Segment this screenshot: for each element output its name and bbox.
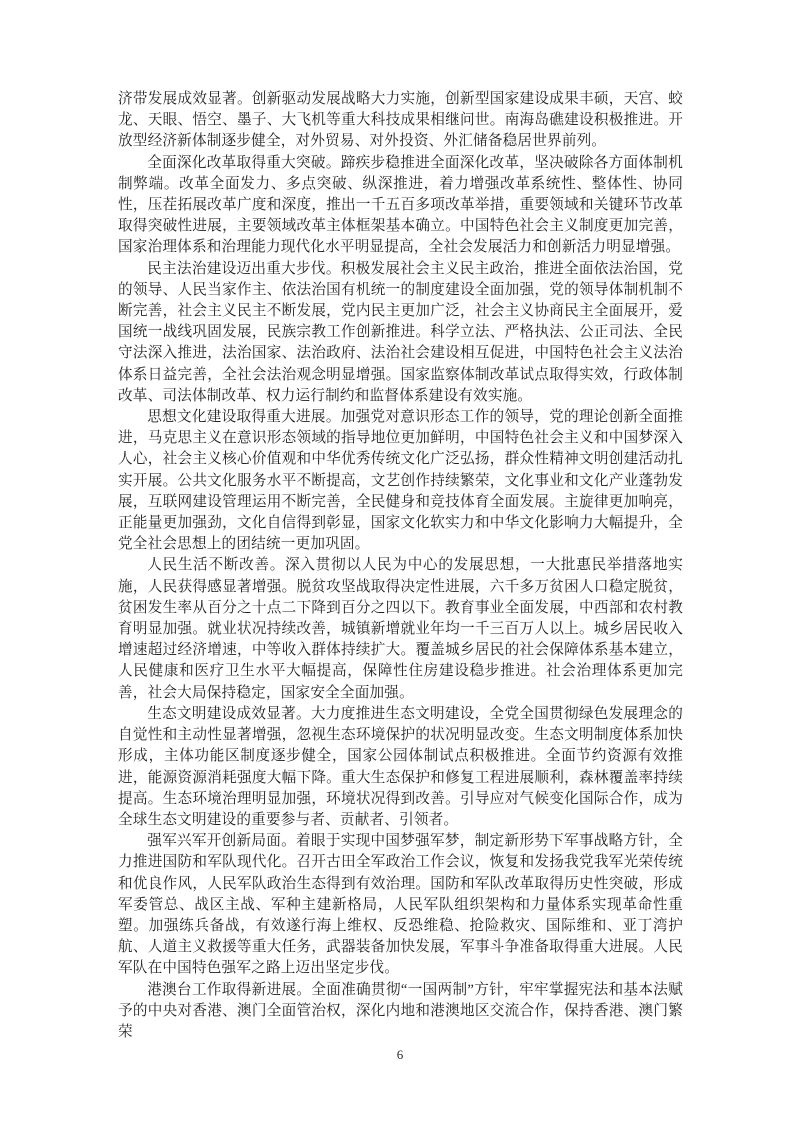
paragraph-military: 强军兴军开创新局面。着眼于实现中国梦强军梦，制定新形势下军事战略方针，全力推进国…: [118, 831, 683, 979]
paragraph-reform: 全面深化改革取得重大突破。蹄疾步稳推进全面深化改革，坚决破除各方面体制机制弊端。…: [118, 153, 683, 259]
paragraph-continuation: 济带发展成效显著。创新驱动发展战略大力实施，创新型国家建设成果丰硕，天宫、蛟龙、…: [118, 89, 683, 153]
paragraph-democracy-law: 民主法治建设迈出重大步伐。积极发展社会主义民主政治，推进全面依法治国，党的领导、…: [118, 259, 683, 407]
paragraph-culture: 思想文化建设取得重大进展。加强党对意识形态工作的领导，党的理论创新全面推进，马克…: [118, 407, 683, 555]
document-page: 济带发展成效显著。创新驱动发展战略大力实施，创新型国家建设成果丰硕，天宫、蛟龙、…: [0, 0, 800, 1133]
paragraph-hk-macao-taiwan: 港澳台工作取得新进展。全面准确贯彻“一国两制”方针，牢牢掌握宪法和基本法赋予的中…: [118, 980, 683, 1044]
document-body: 济带发展成效显著。创新驱动发展战略大力实施，创新型国家建设成果丰硕，天宫、蛟龙、…: [118, 89, 683, 1043]
page-number: 6: [397, 1047, 404, 1062]
page-footer: 6: [0, 1047, 800, 1063]
paragraph-ecology: 生态文明建设成效显著。大力度推进生态文明建设，全党全国贯彻绿色发展理念的自觉性和…: [118, 704, 683, 831]
paragraph-livelihood: 人民生活不断改善。深入贯彻以人民为中心的发展思想，一大批惠民举措落地实施，人民获…: [118, 555, 683, 703]
